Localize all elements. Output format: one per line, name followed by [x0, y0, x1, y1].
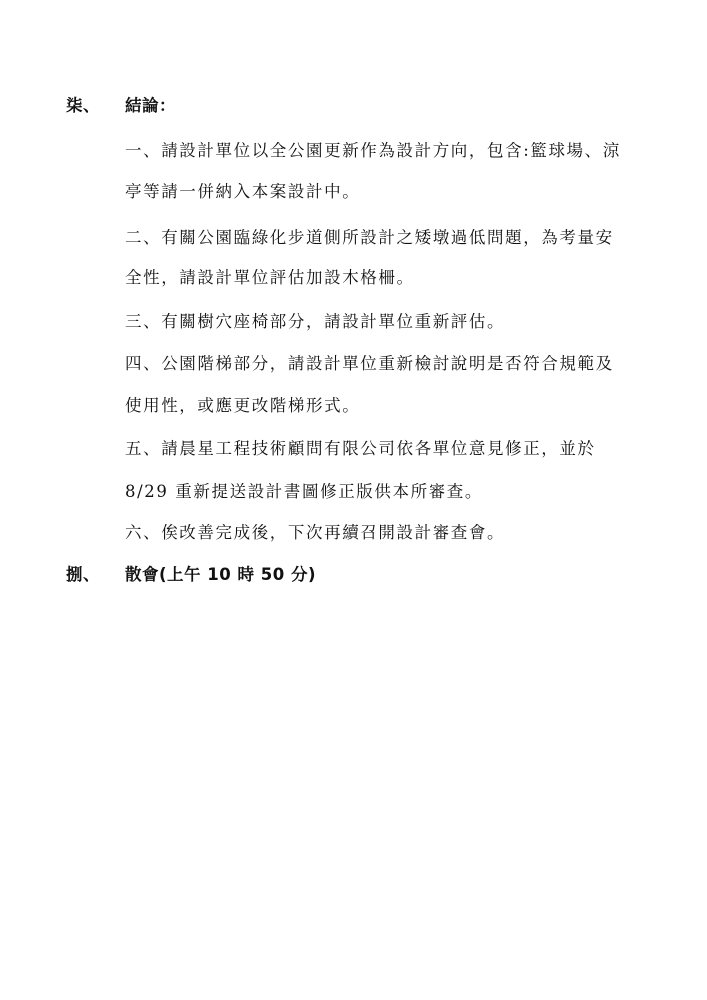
section-number: 柒、: [66, 95, 100, 117]
conclusion-item-3: 三、有關樹穴座椅部分，請設計單位重新評估。: [125, 311, 505, 333]
closing-number: 捌、: [66, 564, 100, 586]
conclusion-item-2-line-2: 全性，請設計單位評估加設木格柵。: [125, 267, 415, 289]
conclusion-item-1-line-1: 一、請設計單位以全公園更新作為設計方向，包含:籃球場、涼: [125, 140, 621, 162]
conclusion-item-4-line-1: 四、公園階梯部分，請設計單位重新檢討說明是否符合規範及: [125, 353, 614, 375]
conclusion-item-6: 六、俟改善完成後，下次再續召開設計審查會。: [125, 522, 505, 544]
conclusion-item-5-line-2: 8/29 重新提送設計書圖修正版供本所審查。: [125, 481, 483, 503]
closing-text: 散會(上午 10 時 50 分): [125, 564, 316, 586]
conclusion-item-4-line-2: 使用性，或應更改階梯形式。: [125, 395, 360, 417]
conclusion-item-1-line-2: 亭等請一併納入本案設計中。: [125, 181, 360, 203]
conclusion-item-2-line-1: 二、有關公園臨綠化步道側所設計之矮墩過低問題，為考量安: [125, 227, 614, 249]
section-title: 結論：: [125, 95, 176, 117]
conclusion-item-5-line-1: 五、請晨星工程技術顧問有限公司依各單位意見修正，並於: [125, 438, 596, 460]
